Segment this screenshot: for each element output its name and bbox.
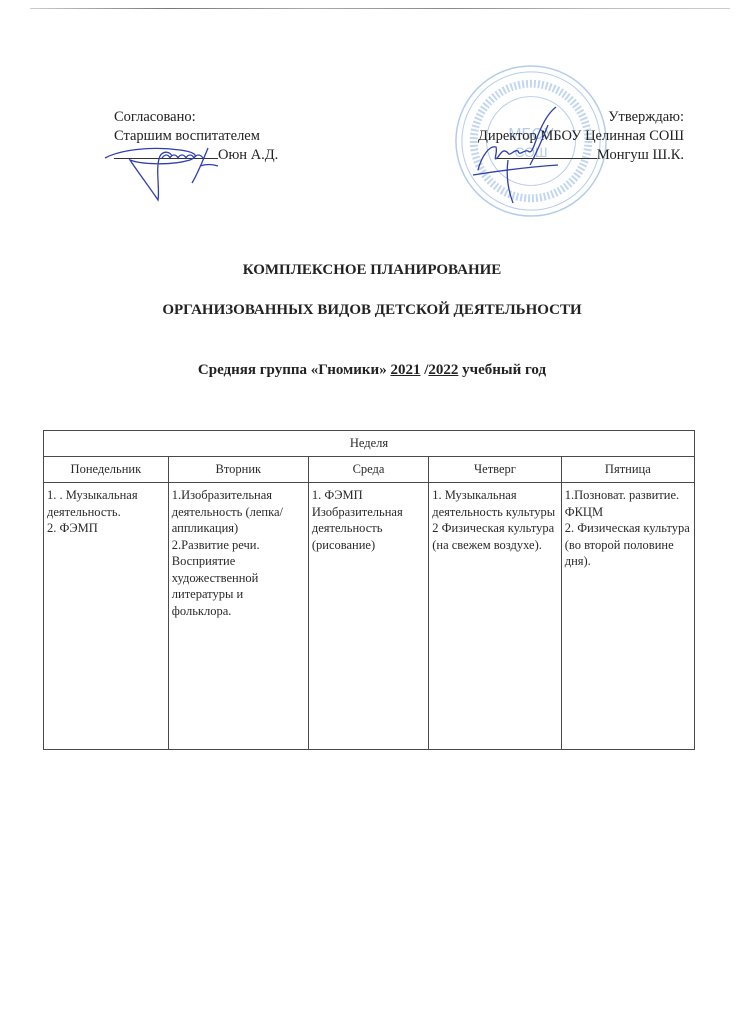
approval-block-right: Утверждаю: Директор МБОУ Целинная СОШ Мо… (424, 108, 684, 165)
document-title-line2: ОРГАНИЗОВАННЫХ ВИДОВ ДЕТСКОЙ ДЕЯТЕЛЬНОСТ… (0, 302, 744, 319)
page-top-edge (30, 8, 730, 9)
day-header-friday: Пятница (561, 457, 694, 483)
subtitle-group: Средняя группа «Гномики» (198, 362, 391, 378)
cell-monday: 1. . Музыкальная деятельность. 2. ФЭМП (44, 483, 169, 750)
day-header-thursday: Четверг (429, 457, 562, 483)
cell-line: 1. Музыкальная деятельность культуры (432, 487, 558, 520)
cell-tuesday: 1.Изобразительная деятельность (лепка/ап… (168, 483, 308, 750)
approval-right-signature-row: Монгуш Ш.К. (424, 146, 684, 165)
cell-line: 1.Изобразительная деятельность (лепка/ап… (172, 487, 305, 537)
approval-left-label: Согласовано: (114, 108, 278, 127)
cell-line: 2. ФЭМП (47, 520, 165, 537)
subtitle-year-start: 2021 (390, 362, 420, 378)
cell-line: 1. . Музыкальная деятельность. (47, 487, 165, 520)
subtitle-suffix: учебный год (458, 362, 546, 378)
cell-friday: 1.Позноват. развитие. ФКЦМ 2. Физическая… (561, 483, 694, 750)
approval-left-signature-row: Оюн А.Д. (114, 146, 278, 165)
day-header-monday: Понедельник (44, 457, 169, 483)
signature-line (497, 157, 597, 159)
cell-line: ФКЦМ (565, 504, 691, 521)
cell-line: Изобразительная деятельность (рисование) (312, 504, 425, 554)
cell-line: 1.Позноват. развитие. (565, 487, 691, 504)
cell-line: 2. Физическая культура (во второй полови… (565, 520, 691, 570)
approval-right-label: Утверждаю: (424, 108, 684, 127)
days-row: Понедельник Вторник Среда Четверг Пятниц… (44, 457, 695, 483)
signature-line (114, 157, 218, 159)
document-subtitle: Средняя группа «Гномики» 2021 /2022 учеб… (0, 362, 744, 379)
approval-right-position: Директор МБОУ Целинная СОШ (424, 127, 684, 146)
cell-wednesday: 1. ФЭМП Изобразительная деятельность (ри… (308, 483, 428, 750)
table-row: 1. . Музыкальная деятельность. 2. ФЭМП 1… (44, 483, 695, 750)
week-header: Неделя (44, 431, 695, 457)
cell-line: 2.Развитие речи. Восприятие художественн… (172, 537, 305, 620)
approval-right-name: Монгуш Ш.К. (597, 147, 684, 163)
approval-left-name: Оюн А.Д. (218, 147, 278, 163)
cell-line: 2 Физическая культура (на свежем воздухе… (432, 520, 558, 553)
activity-plan-table: Неделя Понедельник Вторник Среда Четверг… (43, 430, 695, 750)
day-header-wednesday: Среда (308, 457, 428, 483)
approval-block-left: Согласовано: Старшим воспитателем Оюн А.… (114, 108, 278, 165)
subtitle-year-end: 2022 (428, 362, 458, 378)
approval-left-position: Старшим воспитателем (114, 127, 278, 146)
table-header-row: Неделя (44, 431, 695, 457)
document-title: КОМПЛЕКСНОЕ ПЛАНИРОВАНИЕ (0, 262, 744, 279)
day-header-tuesday: Вторник (168, 457, 308, 483)
cell-line: 1. ФЭМП (312, 487, 425, 504)
cell-thursday: 1. Музыкальная деятельность культуры 2 Ф… (429, 483, 562, 750)
